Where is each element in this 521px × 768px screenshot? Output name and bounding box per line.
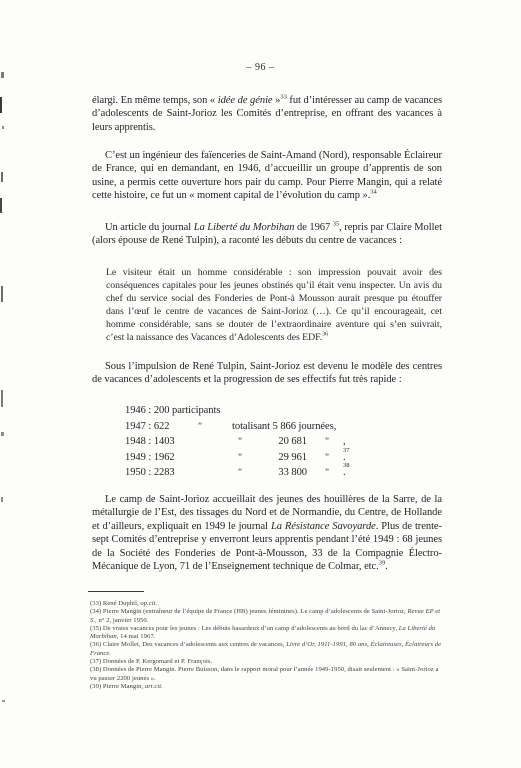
scan-artifact: [1, 432, 4, 436]
table-row: 1947 : 622 ” totalisant 5 866 journées,: [92, 420, 442, 436]
paragraph-4: Sous l’impulsion de René Tulpin, Saint-J…: [92, 360, 442, 387]
scan-artifact: [0, 97, 2, 113]
table-cell-year: 1946 : 200 participants: [125, 404, 220, 417]
footnote-34: (34) Pierre Mangin (entraîneur de l’équi…: [90, 608, 442, 625]
table-row: 1948 : 1403 ” 20 681 ” ,: [92, 435, 442, 451]
scan-artifact: [2, 126, 4, 129]
scan-artifact: [1, 72, 4, 78]
scan-artifact: [1, 497, 3, 502]
table-cell-journees: 33 800: [237, 466, 307, 479]
paragraph-2: C’est un ingénieur des faïenceries de Sa…: [92, 149, 442, 203]
table-cell-year: 1948 : 1403: [125, 435, 175, 448]
footnote-35: (35) De vraies vacances pour les jeunes …: [90, 625, 442, 642]
scan-artifact: [1, 390, 3, 407]
scan-artifact: [1, 286, 3, 302]
footnotes: (33) René Duphil, op.cit. (34) Pierre Ma…: [90, 600, 442, 691]
paragraph-5: Le camp de Saint-Jorioz accueillait des …: [92, 493, 442, 573]
table-row: 1950 : 2283 ” 33 800 ” 38.: [92, 466, 442, 482]
ditto-mark: ”: [325, 451, 329, 464]
ditto-mark: ”: [198, 420, 202, 433]
table-cell-journees: 29 961: [237, 451, 307, 464]
table-cell-year: 1947 : 622: [125, 420, 169, 433]
table-cell-journees: totalisant 5 866 journées,: [232, 420, 336, 433]
table-cell-journees: 20 681: [237, 435, 307, 448]
paragraph-3: Un article du journal La Liberté du Morb…: [92, 221, 442, 248]
ditto-mark: ”: [325, 435, 329, 448]
footnote-33: (33) René Duphil, op.cit.: [90, 600, 442, 608]
footnote-38: (38) Données de Pierre Mangin. Pierre Bu…: [90, 666, 442, 683]
footnote-39: (39) Pierre Mangin, art.cit.: [90, 683, 442, 691]
footnote-37: (37) Données de P. Kergomard et P. Franç…: [90, 658, 442, 666]
paragraph-1: élargi. En même temps, son « idée de gén…: [92, 94, 442, 134]
page-number: – 96 –: [0, 62, 521, 73]
scanned-book-page: – 96 – élargi. En même temps, son « idée…: [0, 0, 521, 768]
footnote-36: (36) Claire Mollet, Des vacances d’adole…: [90, 641, 442, 658]
ditto-mark: ”: [325, 466, 329, 479]
footnote-separator: [88, 591, 144, 592]
effectifs-table: 1946 : 200 participants 1947 : 622 ” tot…: [92, 404, 442, 482]
table-cell-year: 1949 : 1962: [125, 451, 175, 464]
table-cell-year: 1950 : 2283: [125, 466, 175, 479]
table-row: 1946 : 200 participants: [92, 404, 442, 420]
quote-block: Le visiteur était un homme considérable …: [106, 266, 442, 345]
scan-artifact: [0, 198, 2, 213]
scan-artifact: [1, 172, 3, 182]
table-row: 1949 : 1962 ” 29 961 ” 37.: [92, 451, 442, 467]
scan-artifact: [2, 700, 5, 702]
